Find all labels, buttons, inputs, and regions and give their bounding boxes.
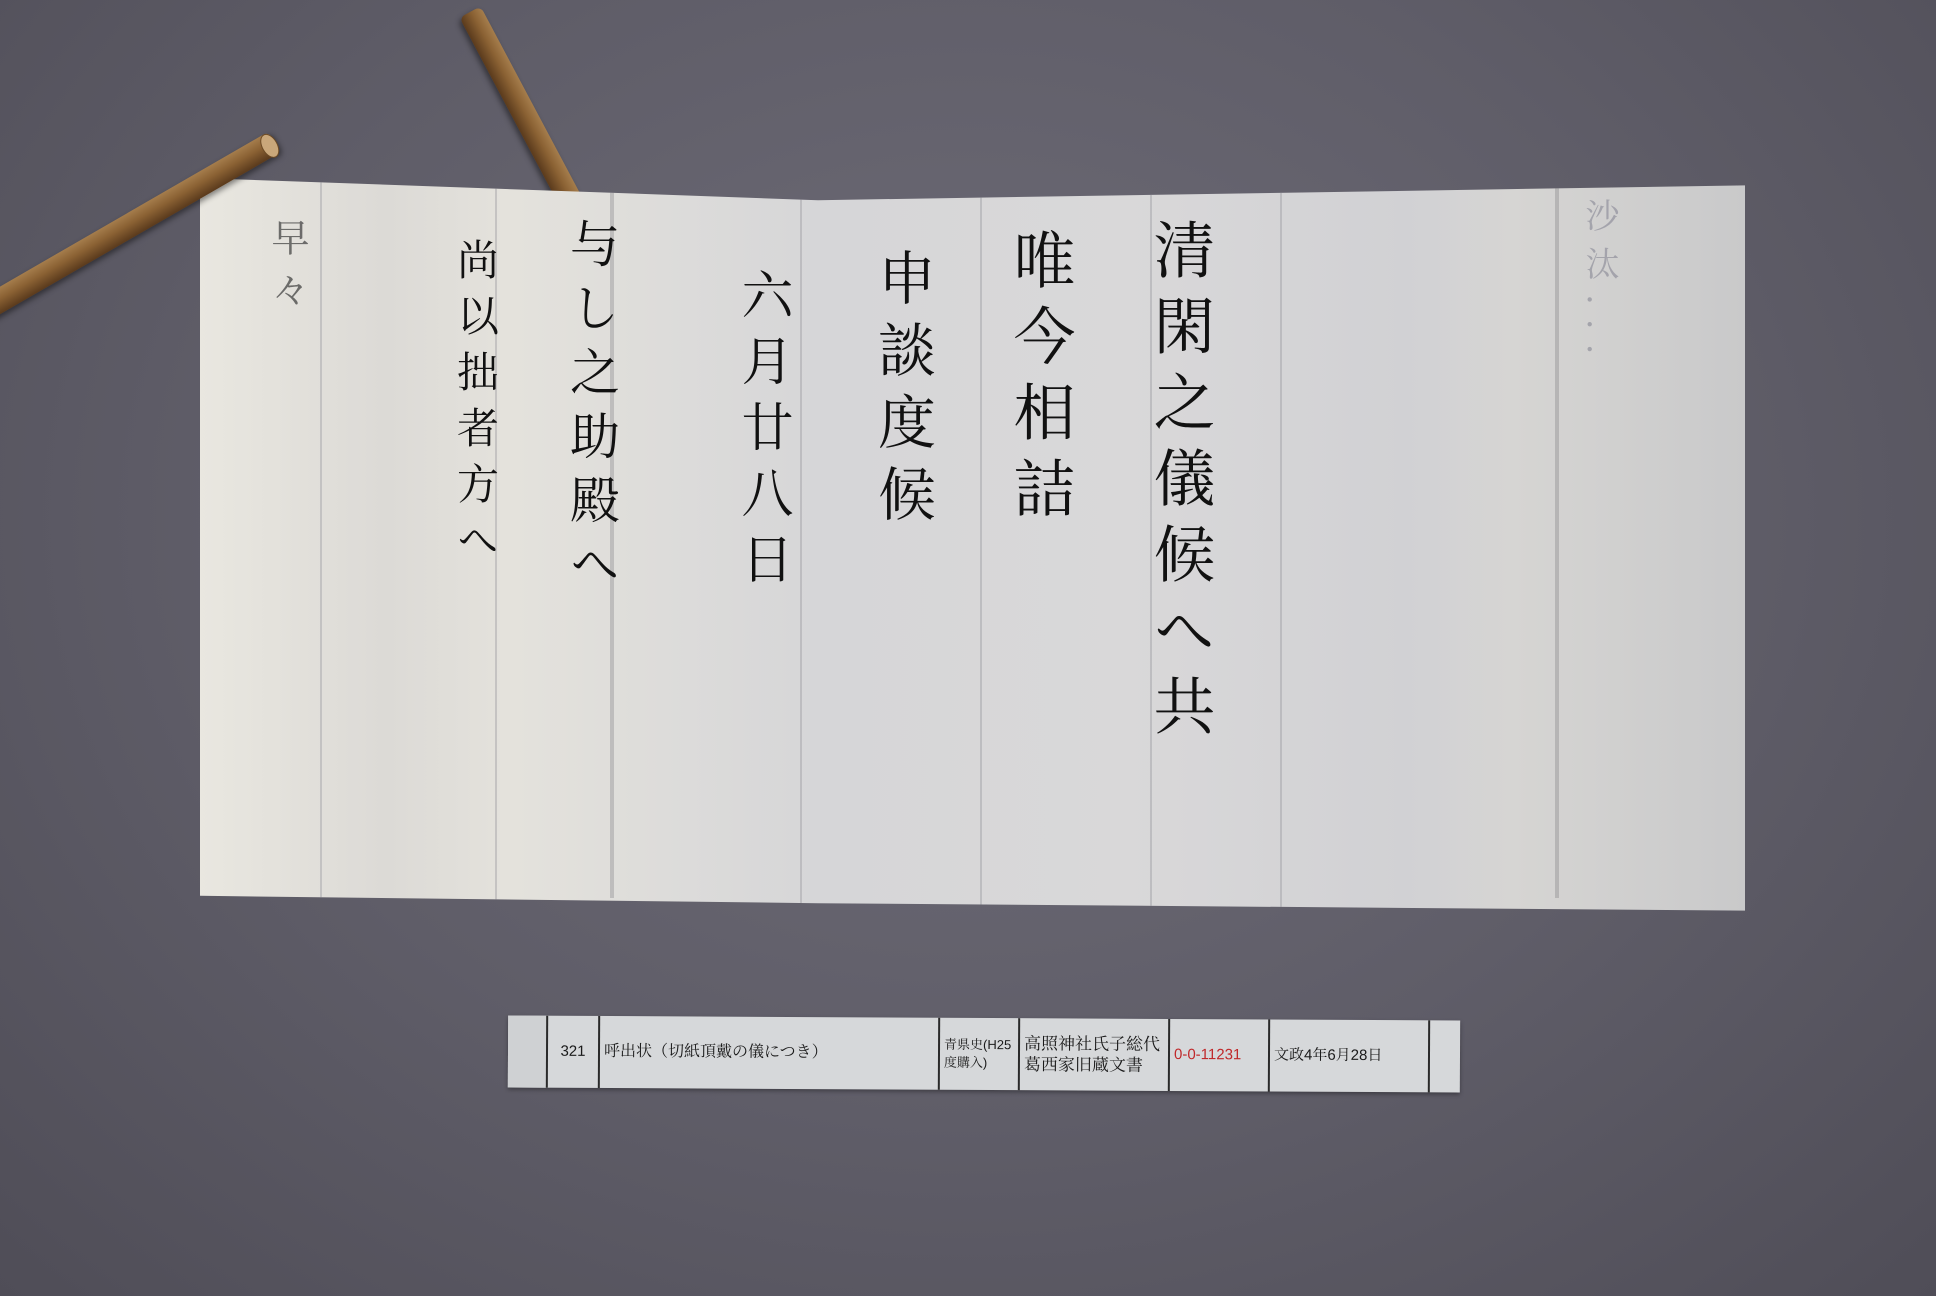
document-column-7: 早々: [260, 218, 315, 322]
document-column-2: 唯今相詰: [995, 228, 1084, 532]
document-column-3: 申談度候: [860, 248, 944, 536]
label-acquisition: 青県史(H25度購入): [940, 1018, 1020, 1090]
document-paper: 沙汰... 清閑之儀候へ共 唯今相詰 申談度候 六月廿八日 与し之助殿へ 尚以拙…: [200, 178, 1745, 918]
document-column-1: 清閑之儀候へ共: [1135, 218, 1224, 750]
label-item-number: 321: [548, 1016, 600, 1088]
catalog-label-strip: 321 呼出状（切紙頂戴の儀につき） 青県史(H25度購入) 高照神社氏子総代葛…: [508, 1016, 1460, 1093]
label-cell-blank-right: [1430, 1020, 1460, 1092]
label-date: 文政4年6月28日: [1270, 1019, 1430, 1092]
label-collection: 高照神社氏子総代葛西家旧蔵文書: [1020, 1018, 1170, 1091]
document-column-5: 与し之助殿へ: [555, 218, 627, 602]
document-column-4: 六月廿八日: [725, 268, 800, 598]
label-title: 呼出状（切紙頂戴の儀につき）: [600, 1016, 940, 1090]
document-column-notation: 沙汰...: [1575, 198, 1624, 368]
label-catalog-id: 0-0-11231: [1170, 1019, 1270, 1092]
document-column-6: 尚以拙者方へ: [445, 238, 505, 574]
label-cell-blank-left: [508, 1016, 548, 1088]
